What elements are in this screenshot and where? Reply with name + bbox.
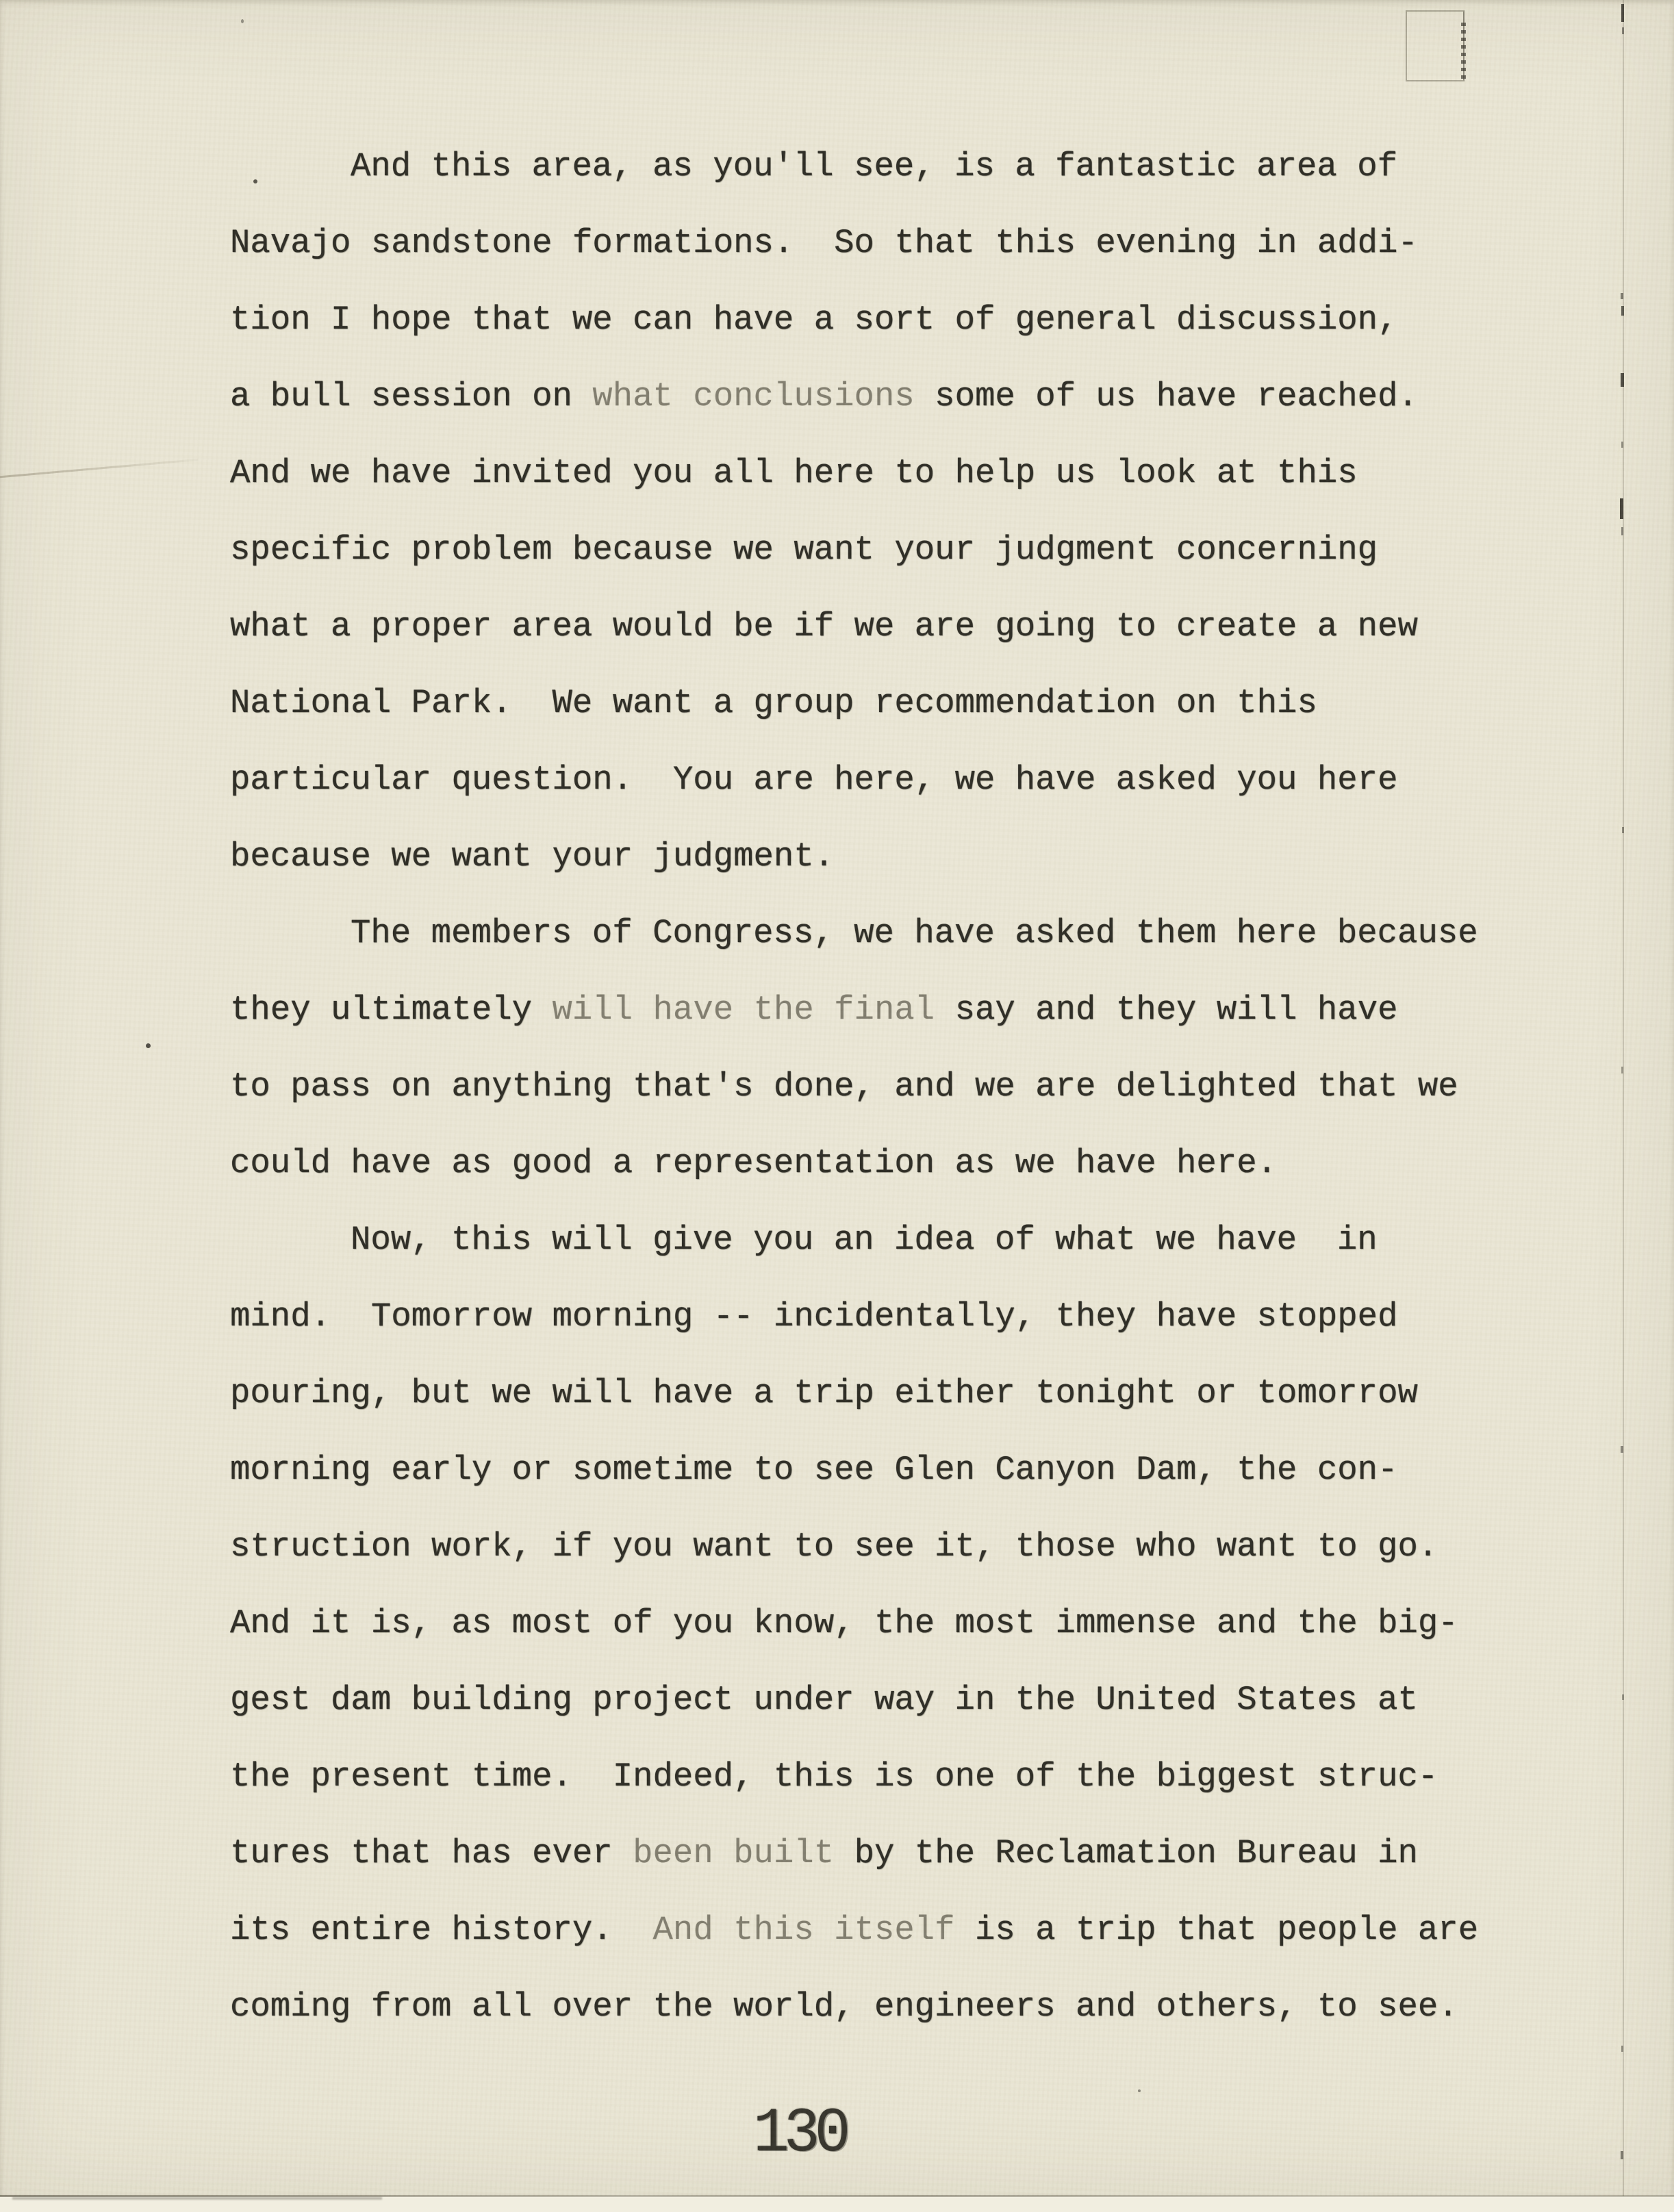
text-segment: National Park. We want a group recommend…: [230, 684, 1317, 722]
stamp-rectangle: [1406, 10, 1464, 81]
text-segment: coming from all over the world, engineer…: [230, 1987, 1458, 2026]
text-line: a bull session on what conclusions some …: [230, 358, 1572, 435]
scan-speck: [1621, 1067, 1623, 1073]
left-crease-mark: [0, 459, 199, 479]
text-line: specific problem because we want your ju…: [230, 511, 1572, 588]
page-right-edge-line: [1623, 0, 1624, 2196]
scanned-page: And this area, as you'll see, is a fanta…: [0, 0, 1674, 2196]
bottom-scan-smudge: [12, 2197, 382, 2200]
text-segment: is a trip that people are: [955, 1911, 1479, 1949]
text-line: mind. Tomorrow morning -- incidentally, …: [230, 1278, 1572, 1355]
text-segment: because we want your judgment.: [230, 837, 834, 876]
text-segment: the present time. Indeed, this is one of…: [230, 1757, 1438, 1796]
text-line: the present time. Indeed, this is one of…: [230, 1738, 1572, 1815]
scan-speck: [1621, 373, 1624, 387]
scan-speck: [1621, 442, 1623, 448]
text-segment: struction work, if you want to see it, t…: [230, 1527, 1438, 1566]
text-line: they ultimately will have the final say …: [230, 971, 1572, 1048]
text-segment: some of us have reached.: [915, 377, 1418, 416]
typewritten-text-block: And this area, as you'll see, is a fanta…: [230, 128, 1572, 2045]
text-segment: what a proper area would be if we are go…: [230, 607, 1418, 646]
text-segment: And this area, as you'll see, is a fanta…: [351, 147, 1397, 186]
text-segment: And it is, as most of you know, the most…: [230, 1604, 1458, 1642]
text-line: And we have invited you all here to help…: [230, 435, 1572, 511]
text-segment: by the Reclamation Bureau in: [834, 1834, 1418, 1872]
text-segment: pouring, but we will have a trip either …: [230, 1374, 1418, 1412]
scan-speck: [1138, 2089, 1141, 2092]
text-line: its entire history. And this itself is a…: [230, 1892, 1572, 1968]
faint-text-segment: will have the final: [552, 991, 935, 1029]
text-line: Now, this will give you an idea of what …: [230, 1202, 1572, 1278]
scan-speck: [1621, 306, 1624, 316]
text-segment: gest dam building project under way in t…: [230, 1681, 1418, 1719]
text-segment: mind. Tomorrow morning -- incidentally, …: [230, 1297, 1397, 1336]
scan-speck: [1622, 1694, 1624, 1700]
text-segment: specific problem because we want your ju…: [230, 531, 1378, 569]
text-line: tion I hope that we can have a sort of g…: [230, 281, 1572, 358]
scan-speck: [241, 19, 244, 23]
text-line: what a proper area would be if we are go…: [230, 588, 1572, 665]
text-line: And this area, as you'll see, is a fanta…: [230, 128, 1572, 205]
scan-speck: [146, 1043, 151, 1048]
text-line: could have as good a representation as w…: [230, 1125, 1572, 1202]
text-segment: its entire history.: [230, 1911, 653, 1949]
text-segment: And we have invited you all here to help…: [230, 454, 1358, 492]
text-segment: The members of Congress, we have asked t…: [351, 914, 1478, 952]
text-line: particular question. You are here, we ha…: [230, 741, 1572, 818]
text-line: And it is, as most of you know, the most…: [230, 1585, 1572, 1662]
text-line: coming from all over the world, engineer…: [230, 1968, 1572, 2045]
scan-speck: [1621, 2151, 1623, 2159]
text-segment: to pass on anything that's done, and we …: [230, 1067, 1458, 1106]
text-segment: tures that has ever: [230, 1834, 633, 1872]
text-segment: Now, this will give you an idea of what …: [351, 1221, 1378, 1259]
text-segment: tion I hope that we can have a sort of g…: [230, 301, 1397, 339]
scan-speck: [1621, 2046, 1623, 2052]
scan-speck: [1620, 498, 1623, 519]
scan-speck: [1621, 293, 1623, 299]
text-segment: a bull session on: [230, 377, 592, 416]
faint-text-segment: And this itself: [653, 1911, 955, 1949]
scan-speck: [1622, 27, 1624, 34]
text-segment: particular question. You are here, we ha…: [230, 761, 1397, 799]
text-line: pouring, but we will have a trip either …: [230, 1355, 1572, 1432]
text-segment: say and they will have: [935, 991, 1397, 1029]
text-line: National Park. We want a group recommend…: [230, 665, 1572, 741]
scan-speck: [1621, 1446, 1623, 1453]
text-segment: could have as good a representation as w…: [230, 1144, 1277, 1182]
text-segment: they ultimately: [230, 991, 552, 1029]
text-line: tures that has ever been built by the Re…: [230, 1815, 1572, 1892]
faint-text-segment: what conclusions: [592, 377, 914, 416]
text-line: to pass on anything that's done, and we …: [230, 1048, 1572, 1125]
text-line: The members of Congress, we have asked t…: [230, 895, 1572, 971]
text-line: morning early or sometime to see Glen Ca…: [230, 1432, 1572, 1508]
page-number: 130: [753, 2099, 845, 2170]
scan-speck: [253, 179, 257, 183]
text-line: because we want your judgment.: [230, 818, 1572, 895]
text-line: struction work, if you want to see it, t…: [230, 1508, 1572, 1585]
text-segment: Navajo sandstone formations. So that thi…: [230, 224, 1418, 262]
scan-speck: [1621, 4, 1624, 22]
text-segment: morning early or sometime to see Glen Ca…: [230, 1451, 1397, 1489]
scan-speck: [1622, 827, 1624, 833]
text-line: Navajo sandstone formations. So that thi…: [230, 205, 1572, 281]
scan-speck: [1621, 527, 1623, 535]
faint-text-segment: been built: [633, 1834, 834, 1872]
text-line: gest dam building project under way in t…: [230, 1662, 1572, 1738]
